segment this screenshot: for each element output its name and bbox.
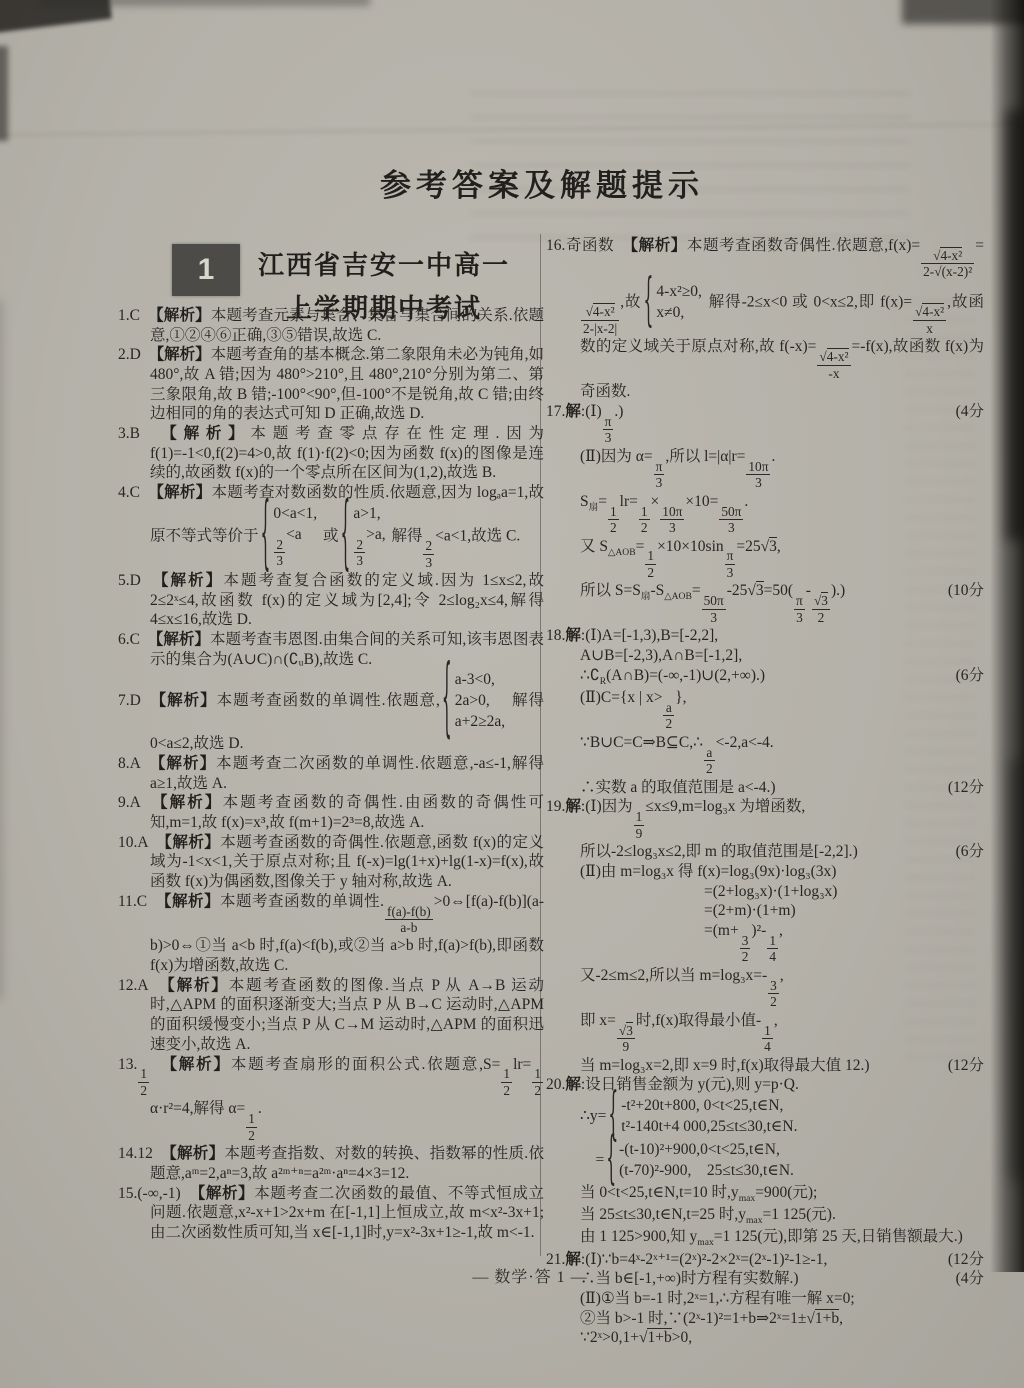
answer-item: 16.奇函数 【解析】本题考查函数奇偶性.依题意,f(x)=√4-x²2-√(x… (546, 236, 984, 402)
scanned-answer-page: 参考答案及解题提示 1 江西省吉安一中高一 上学期期中考试 1.C 【解析】本题… (0, 0, 1024, 1388)
answer-line: (Ⅱ)由 m=log₃x 得 f(x)=log₃(9x)·log₃(3x) (580, 862, 984, 882)
answer-item: 14.12 【解析】本题考查指数、对数的转换、指数幂的性质.依题意,aᵐ=2,a… (118, 1144, 544, 1183)
answer-item: 4.C 【解析】本题考查对数函数的性质.依题意,因为 logₐa=1,故原不等式… (118, 483, 544, 571)
answer-item: 19.解:(Ⅰ)因为19≤x≤9,m=log₃x 为增函数,所以-2≤log₃x… (546, 797, 984, 1075)
answer-line: 1.C 【解析】本题考查元素与集合、集合与集合间的关系.依题意,①②④⑥正确,③… (150, 306, 544, 345)
section-title-line1: 江西省吉安一中高一 (258, 244, 510, 287)
answer-line: (Ⅱ)因为 α=π3,所以 l=|α|r=10π3. (580, 447, 984, 492)
answer-line: (Ⅱ)C={x | x>a2}, (580, 688, 984, 733)
answer-line: 当 0<t<25,t∈N,t=10 时,ymax=900(元); (580, 1183, 984, 1205)
answer-line: =(2+m)·(1+m) (580, 901, 984, 921)
answer-line: 8.A 【解析】本题考查二次函数的单调性.依题意,-a≤-1,解得 a≥1,故选… (150, 754, 544, 793)
answer-line: 又 S△AOB=12×10×10sinπ3=25√3, (580, 537, 984, 582)
answer-item: 9.A 【解析】本题考查函数的奇偶性.由函数的奇偶性可知,m=1,故 f(x)=… (118, 793, 544, 832)
right-answer-column: 16.奇函数 【解析】本题考查函数奇偶性.依题意,f(x)=√4-x²2-√(x… (546, 236, 984, 1348)
answer-item: 2.D 【解析】本题考查角的基本概念.第二象限角未必为钝角,如 480°,故 A… (118, 345, 544, 424)
answer-line: 由 1 125>900,知 ymax=1 125(元),即第 25 天,日销售额… (580, 1227, 984, 1249)
answer-line: 当 m=log₃x=2,即 x=9 时,f(x)取得最大值 12.(12分) (580, 1056, 984, 1076)
answer-line: 即 x=√39时,f(x)取得最小值-14, (580, 1011, 984, 1056)
answer-item: 10.A 【解析】本题考查函数的奇偶性.依题意,函数 f(x)的定义域为-1<x… (118, 833, 544, 892)
answer-line: =(2+log₃x)·(1+log₃x) (580, 882, 984, 902)
answer-line: ∴y={-t²+20t+800, 0<t<25,t∈N,t²-140t+4 00… (580, 1095, 984, 1139)
answer-line: ∴实数 a 的取值范围是 a<-4.(12分) (580, 778, 984, 798)
answer-line: 14.12 【解析】本题考查指数、对数的转换、指数幂的性质.依题意,aᵐ=2,a… (150, 1144, 544, 1183)
answer-item: 7.D 【解析】本题考查函数的单调性.依题意,{a-3<0,2a>0,a+2≥2… (118, 669, 544, 753)
answer-item: 5.D 【解析】本题考查复合函数的定义域.因为 1≤x≤2,故 2≤2ˣ≤4,故… (118, 571, 544, 630)
answer-line: 15.(-∞,-1) 【解析】本题考查二次函数的最值、不等式恒成立问题.依题意,… (150, 1184, 544, 1243)
answer-line: 18.解:(Ⅰ)A=[-1,3),B=[-2,2], (580, 626, 984, 646)
answer-line: 17.解:(Ⅰ)π3.(4分) (580, 402, 984, 447)
answer-line: 19.解:(Ⅰ)因为19≤x≤9,m=log₃x 为增函数, (580, 797, 984, 842)
answer-item: 3.B 【解析】本题考查零点存在性定理.因为 f(1)=-1<0,f(2)=4>… (118, 424, 544, 483)
scan-edge-shadow (40, 0, 370, 6)
answer-line: 9.A 【解析】本题考查函数的奇偶性.由函数的奇偶性可知,m=1,故 f(x)=… (150, 793, 544, 832)
answer-line: 20.解:设日销售金额为 y(元),则 y=p·Q. (580, 1075, 984, 1095)
answer-line: S扇=12lr=12×10π3×10=50π3. (580, 492, 984, 537)
answer-line: 所以 S=S扇-S△AOB=50π3-25√3=50(π3-√32).(10分) (580, 581, 984, 626)
answer-item: 15.(-∞,-1) 【解析】本题考查二次函数的最值、不等式恒成立问题.依题意,… (118, 1184, 544, 1243)
answer-item: 11.C 【解析】本题考查函数的单调性.f(a)-f(b)a-b>0⇔[f(a)… (118, 892, 544, 976)
answer-line: ∴∁R(A∩B)=(-∞,-1)∪(2,+∞).(6分) (580, 666, 984, 688)
scan-edge-shadow (0, 46, 8, 141)
answer-line: 7.D 【解析】本题考查函数的单调性.依题意,{a-3<0,2a>0,a+2≥2… (150, 669, 544, 753)
answer-item: 20.解:设日销售金额为 y(元),则 y=p·Q.∴y={-t²+20t+80… (546, 1075, 984, 1249)
answer-line: =(m+32)²-14, (580, 921, 984, 966)
answer-line: 2.D 【解析】本题考查角的基本概念.第二象限角未必为钝角,如 480°,故 A… (150, 345, 544, 424)
answer-line: ={-(t-10)²+900,0<t<25,t∈N,(t-70)²-900, 2… (580, 1139, 984, 1183)
answer-line: 又-2≤m≤2,所以当 m=log₃x=-32, (580, 966, 984, 1011)
answer-item: 12.A 【解析】本题考查函数的图像.当点 P 从 A→B 运动时,△APM 的… (118, 976, 544, 1055)
answer-line: (Ⅱ)①当 b=-1 时,2ˣ=1,∴方程有唯一解 x=0; (580, 1289, 984, 1309)
answer-item: 1.C 【解析】本题考查元素与集合、集合与集合间的关系.依题意,①②④⑥正确,③… (118, 306, 544, 345)
answer-line: 当 25≤t≤30,t∈N,t=25 时,ymax=1 125(元). (580, 1205, 984, 1227)
page-title: 参考答案及解题提示 (60, 160, 1024, 205)
answer-line: 3.B 【解析】本题考查零点存在性定理.因为 f(1)=-1<0,f(2)=4>… (150, 424, 544, 483)
answer-item: 8.A 【解析】本题考查二次函数的单调性.依题意,-a≤-1,解得 a≥1,故选… (118, 754, 544, 793)
answer-line: ②当 b>-1 时,∵(2ˣ-1)²=1+b⇒2ˣ=1±√1+b, (580, 1309, 984, 1329)
book-spine-shadow (1010, 760, 1024, 1180)
answer-line: 12.A 【解析】本题考查函数的图像.当点 P 从 A→B 运动时,△APM 的… (150, 976, 544, 1055)
answer-line: 16.奇函数 【解析】本题考查函数奇偶性.依题意,f(x)=√4-x²2-√(x… (580, 236, 984, 402)
page-footer: — 数学·答 1 — (400, 1264, 660, 1287)
answer-item: 13.12 【解析】本题考查扇形的面积公式.依题意,S=12lr=12α·r²=… (118, 1055, 544, 1145)
section-number-badge: 1 (172, 244, 240, 296)
answer-line: ∵2ˣ>0,1+√1+b>0, (580, 1328, 984, 1348)
answer-line: ∵B∪C=C⇒B⊆C,∴a2<-2,a<-4. (580, 733, 984, 778)
answer-line: 所以-2≤log₃x≤2,即 m 的取值范围是[-2,2].(6分) (580, 842, 984, 862)
scan-edge-shadow (0, 300, 3, 1000)
answer-item: 18.解:(Ⅰ)A=[-1,3),B=[-2,2],A∪B=[-2,3),A∩B… (546, 626, 984, 797)
answer-item: 6.C 【解析】本题考查韦恩图.由集合间的关系可知,该韦恩图表示的集合为(A∪C… (118, 630, 544, 669)
answer-line: 13.12 【解析】本题考查扇形的面积公式.依题意,S=12lr=12α·r²=… (150, 1055, 544, 1145)
left-answer-column: 1.C 【解析】本题考查元素与集合、集合与集合间的关系.依题意,①②④⑥正确,③… (118, 306, 544, 1243)
book-spine-shadow (1006, 110, 1024, 540)
answer-line: 10.A 【解析】本题考查函数的奇偶性.依题意,函数 f(x)的定义域为-1<x… (150, 833, 544, 892)
answer-item: 17.解:(Ⅰ)π3.(4分)(Ⅱ)因为 α=π3,所以 l=|α|r=10π3… (546, 402, 984, 626)
answer-line: 5.D 【解析】本题考查复合函数的定义域.因为 1≤x≤2,故 2≤2ˣ≤4,故… (150, 571, 544, 630)
answer-line: A∪B=[-2,3),A∩B=[-1,2], (580, 646, 984, 666)
answer-line: 11.C 【解析】本题考查函数的单调性.f(a)-f(b)a-b>0⇔[f(a)… (150, 892, 544, 976)
answer-line: 6.C 【解析】本题考查韦恩图.由集合间的关系可知,该韦恩图表示的集合为(A∪C… (150, 630, 544, 669)
answer-line: 4.C 【解析】本题考查对数函数的性质.依题意,因为 logₐa=1,故原不等式… (150, 483, 544, 571)
